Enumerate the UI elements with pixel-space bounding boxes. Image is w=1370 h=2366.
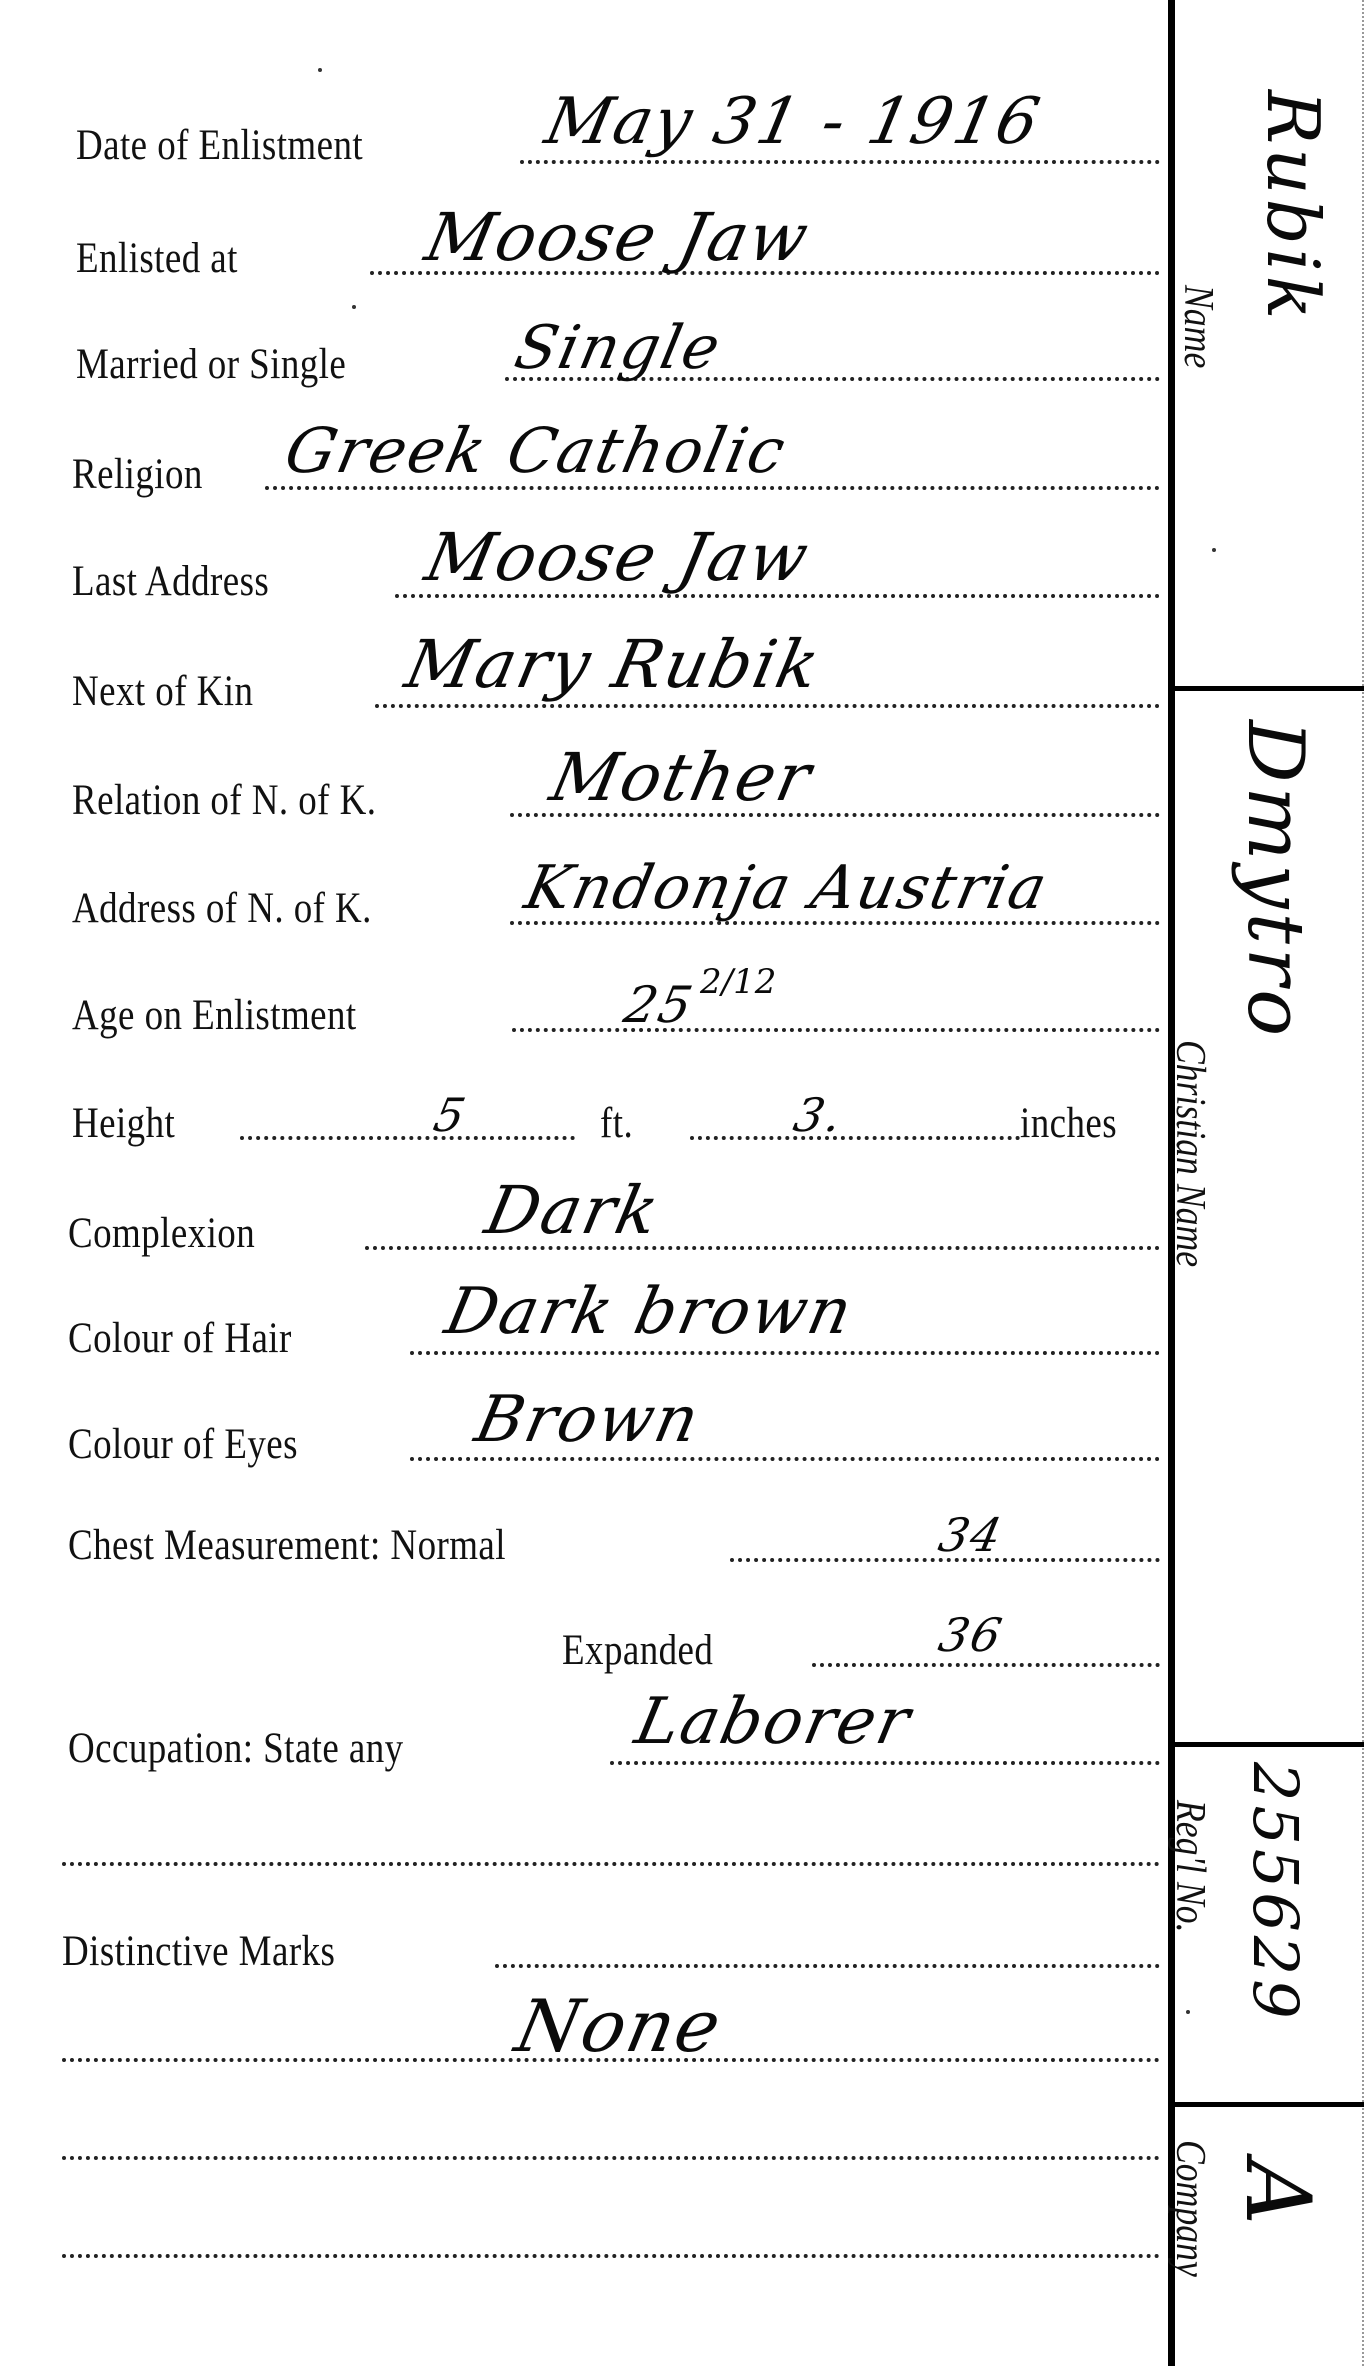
next-of-kin-label: Next of Kin bbox=[72, 670, 253, 713]
colour-of-eyes-value[interactable]: Brown bbox=[470, 1388, 706, 1452]
colour-of-hair-line bbox=[410, 1351, 1160, 1355]
age-on-enlistment-label: Age on Enlistment bbox=[72, 994, 357, 1037]
age-fraction: 2/12 bbox=[700, 962, 776, 1002]
date-of-enlistment-label: Date of Enlistment bbox=[76, 124, 363, 167]
inches-unit-label: inches bbox=[1020, 1102, 1117, 1145]
company-label: Company bbox=[1166, 2140, 1214, 2277]
name-label: Name bbox=[1174, 285, 1222, 368]
height-inches-value[interactable]: 3. bbox=[790, 1092, 848, 1138]
address-of-nok-label: Address of N. of K. bbox=[72, 887, 372, 930]
sidebar-divider-regl bbox=[1172, 1742, 1364, 1747]
age-on-enlistment-value[interactable]: 25 bbox=[620, 980, 698, 1030]
distinctive-marks-line-2[interactable] bbox=[62, 2058, 1160, 2062]
date-of-enlistment-value[interactable]: May 31 - 1916 bbox=[540, 90, 1046, 154]
sidebar-right-edge bbox=[1362, 0, 1364, 2366]
height-inches-line bbox=[690, 1136, 1020, 1140]
paper-speck bbox=[352, 305, 356, 309]
occupation-line bbox=[610, 1761, 1160, 1765]
next-of-kin-line bbox=[375, 704, 1160, 708]
married-or-single-value[interactable]: Single bbox=[510, 318, 727, 378]
name-value[interactable]: Rubik bbox=[1251, 90, 1335, 323]
chest-expanded-value[interactable]: 36 bbox=[935, 1612, 1007, 1658]
christian-name-value[interactable]: Dmytro bbox=[1230, 720, 1320, 1040]
address-of-nok-value[interactable]: Kndonja Austria bbox=[520, 858, 1053, 918]
enlisted-at-label: Enlisted at bbox=[76, 237, 238, 280]
date-of-enlistment-line bbox=[520, 160, 1160, 164]
chest-normal-label: Chest Measurement: Normal bbox=[68, 1524, 506, 1567]
colour-of-eyes-label: Colour of Eyes bbox=[68, 1423, 298, 1466]
complexion-label: Complexion bbox=[68, 1212, 255, 1255]
enlisted-at-value[interactable]: Moose Jaw bbox=[420, 205, 815, 271]
chest-expanded-label: Expanded bbox=[562, 1629, 713, 1672]
distinctive-marks-label: Distinctive Marks bbox=[62, 1930, 335, 1973]
chest-expanded-line bbox=[812, 1663, 1160, 1667]
relation-of-nok-label: Relation of N. of K. bbox=[72, 779, 376, 822]
height-label: Height bbox=[72, 1102, 175, 1145]
age-on-enlistment-line bbox=[512, 1028, 1160, 1032]
regl-no-label: Reg'l No. bbox=[1166, 1800, 1214, 1933]
religion-value[interactable]: Greek Catholic bbox=[280, 420, 792, 482]
paper-speck bbox=[1186, 2010, 1190, 2014]
colour-of-eyes-line bbox=[410, 1457, 1160, 1461]
distinctive-marks-line-3[interactable] bbox=[62, 2156, 1160, 2160]
distinctive-marks-line-4[interactable] bbox=[62, 2254, 1160, 2258]
next-of-kin-value[interactable]: Mary Rubik bbox=[400, 632, 826, 698]
christian-name-label: Christian Name bbox=[1166, 1040, 1214, 1267]
sidebar-divider-company bbox=[1172, 2102, 1364, 2107]
chest-normal-value[interactable]: 34 bbox=[935, 1512, 1007, 1558]
complexion-value[interactable]: Dark bbox=[480, 1178, 666, 1244]
occupation-value[interactable]: Laborer bbox=[630, 1690, 917, 1754]
married-or-single-label: Married or Single bbox=[76, 343, 346, 386]
sidebar-divider-name bbox=[1172, 686, 1364, 691]
relation-of-nok-value[interactable]: Mother bbox=[545, 745, 818, 811]
regl-no-value[interactable]: 255629 bbox=[1239, 1762, 1312, 2023]
colour-of-hair-label: Colour of Hair bbox=[68, 1317, 292, 1360]
paper-speck bbox=[318, 68, 322, 72]
company-value[interactable]: A bbox=[1225, 2160, 1330, 2229]
religion-label: Religion bbox=[72, 453, 203, 496]
last-address-label: Last Address bbox=[72, 560, 269, 603]
attestation-card: Date of Enlistment May 31 - 1916 Enliste… bbox=[0, 0, 1370, 2366]
distinctive-marks-line bbox=[495, 1964, 1160, 1968]
occupation-label: Occupation: State any bbox=[68, 1727, 404, 1770]
height-feet-line bbox=[240, 1136, 575, 1140]
occupation-extra-line[interactable] bbox=[62, 1862, 1160, 1866]
height-feet-value[interactable]: 5 bbox=[430, 1092, 471, 1138]
last-address-value[interactable]: Moose Jaw bbox=[420, 525, 815, 591]
colour-of-hair-value[interactable]: Dark brown bbox=[440, 1280, 859, 1344]
paper-speck bbox=[1212, 548, 1216, 552]
distinctive-marks-value[interactable]: None bbox=[510, 1990, 729, 2062]
feet-unit-label: ft. bbox=[600, 1102, 633, 1145]
